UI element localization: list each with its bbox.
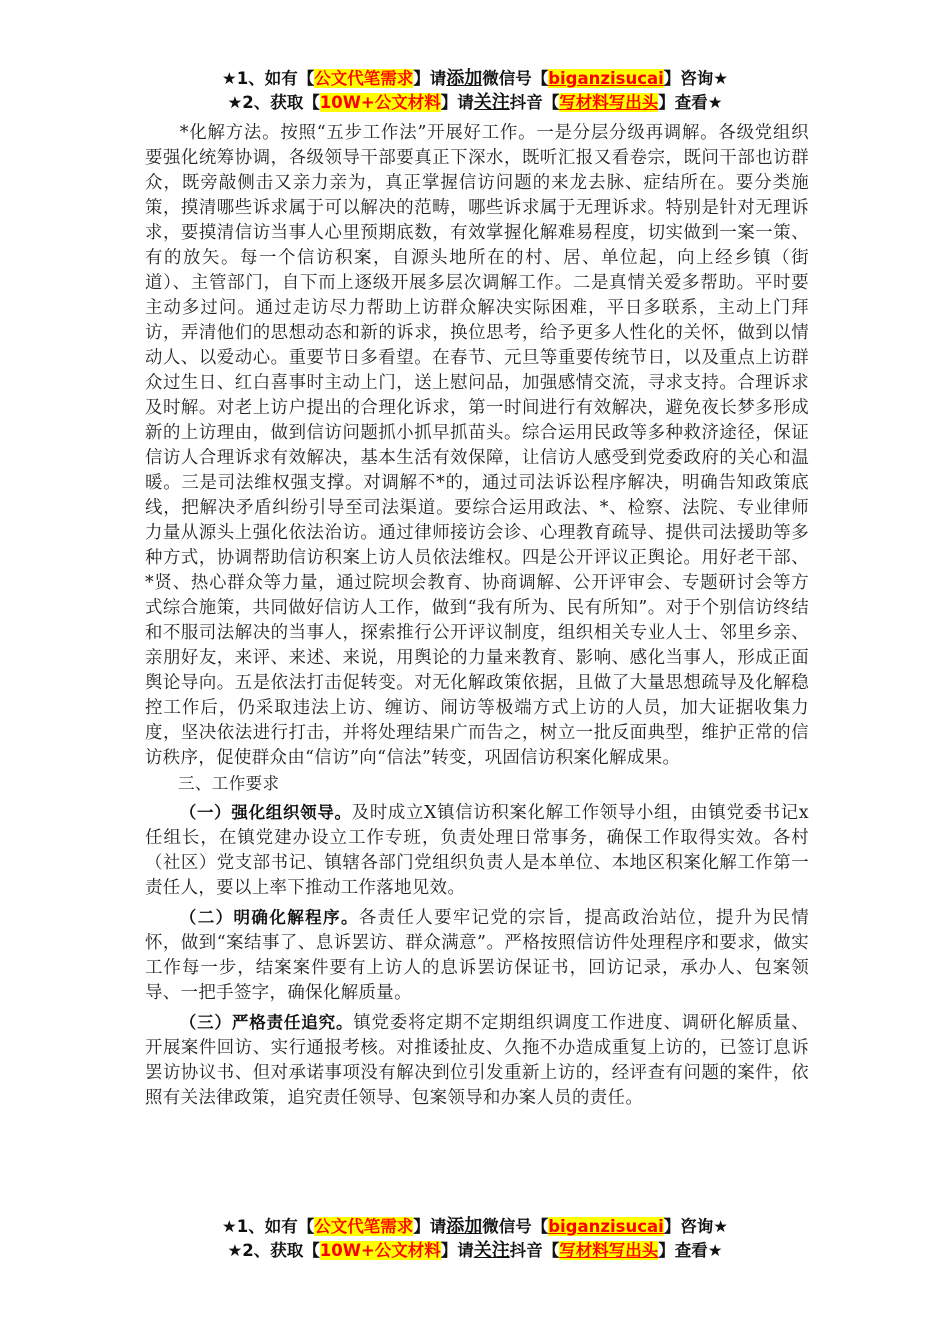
highlight-wechat-id[interactable]: biganzisucai	[548, 1217, 664, 1236]
requirement-item-3: （三）严格责任追究。镇党委将定期不定期组织调度工作进度、调研化解质量、开展案件回…	[145, 1010, 809, 1111]
star-icon: ★	[227, 1241, 242, 1260]
promo-line-2: ★2、获取【10W+公文材料】请关注抖音【写材料写出头】查看★	[0, 91, 950, 115]
star-icon: ★	[227, 93, 242, 112]
highlight-materials: 10W+公文材料	[320, 1241, 441, 1260]
underlined-action: 关注	[474, 1240, 510, 1261]
highlight-service: 公文代笔需求	[314, 69, 413, 88]
promo-banner-bottom: ★1、如有【公文代笔需求】请添加微信号【biganzisucai】咨询★ ★2、…	[0, 1215, 950, 1263]
document-page: ★1、如有【公文代笔需求】请添加微信号【biganzisucai】咨询★ ★2、…	[0, 0, 950, 1344]
requirement-item-2: （二）明确化解程序。各责任人要牢记党的宗旨，提高政治站位，提升为民情怀，做到“案…	[145, 905, 809, 1006]
promo-line-2: ★2、获取【10W+公文材料】请关注抖音【写材料写出头】查看★	[0, 1239, 950, 1263]
star-icon: ★	[713, 69, 728, 88]
requirement-title-2: （二）明确化解程序。	[180, 908, 359, 927]
promo-banner-top: ★1、如有【公文代笔需求】请添加微信号【biganzisucai】咨询★ ★2、…	[0, 67, 950, 115]
promo-line-1: ★1、如有【公文代笔需求】请添加微信号【biganzisucai】咨询★	[0, 67, 950, 91]
highlight-materials: 10W+公文材料	[320, 93, 441, 112]
requirement-title-1: （一）强化组织领导。	[180, 803, 352, 822]
document-body: *化解方法。按照“五步工作法”开展好工作。一是分层分级再调解。各级党组织要强化统…	[145, 121, 809, 1111]
section-heading: 三、工作要求	[145, 771, 809, 796]
highlight-douyin-account[interactable]: 写材料写出头	[559, 93, 658, 112]
star-icon: ★	[713, 1217, 728, 1236]
paragraph-methods: *化解方法。按照“五步工作法”开展好工作。一是分层分级再调解。各级党组织要强化统…	[145, 121, 809, 771]
highlight-service: 公文代笔需求	[314, 1217, 413, 1236]
requirement-title-3: （三）严格责任追究。	[180, 1013, 354, 1032]
requirement-item-1: （一）强化组织领导。及时成立X镇信访积案化解工作领导小组，由镇党委书记x任组长，…	[145, 800, 809, 901]
star-icon: ★	[222, 69, 237, 88]
underlined-action: 添加	[446, 68, 482, 89]
promo-line-1: ★1、如有【公文代笔需求】请添加微信号【biganzisucai】咨询★	[0, 1215, 950, 1239]
star-icon: ★	[708, 93, 723, 112]
underlined-action: 关注	[474, 92, 510, 113]
star-icon: ★	[222, 1217, 237, 1236]
highlight-douyin-account[interactable]: 写材料写出头	[559, 1241, 658, 1260]
star-icon: ★	[708, 1241, 723, 1260]
highlight-wechat-id[interactable]: biganzisucai	[548, 69, 664, 88]
underlined-action: 添加	[446, 1216, 482, 1237]
